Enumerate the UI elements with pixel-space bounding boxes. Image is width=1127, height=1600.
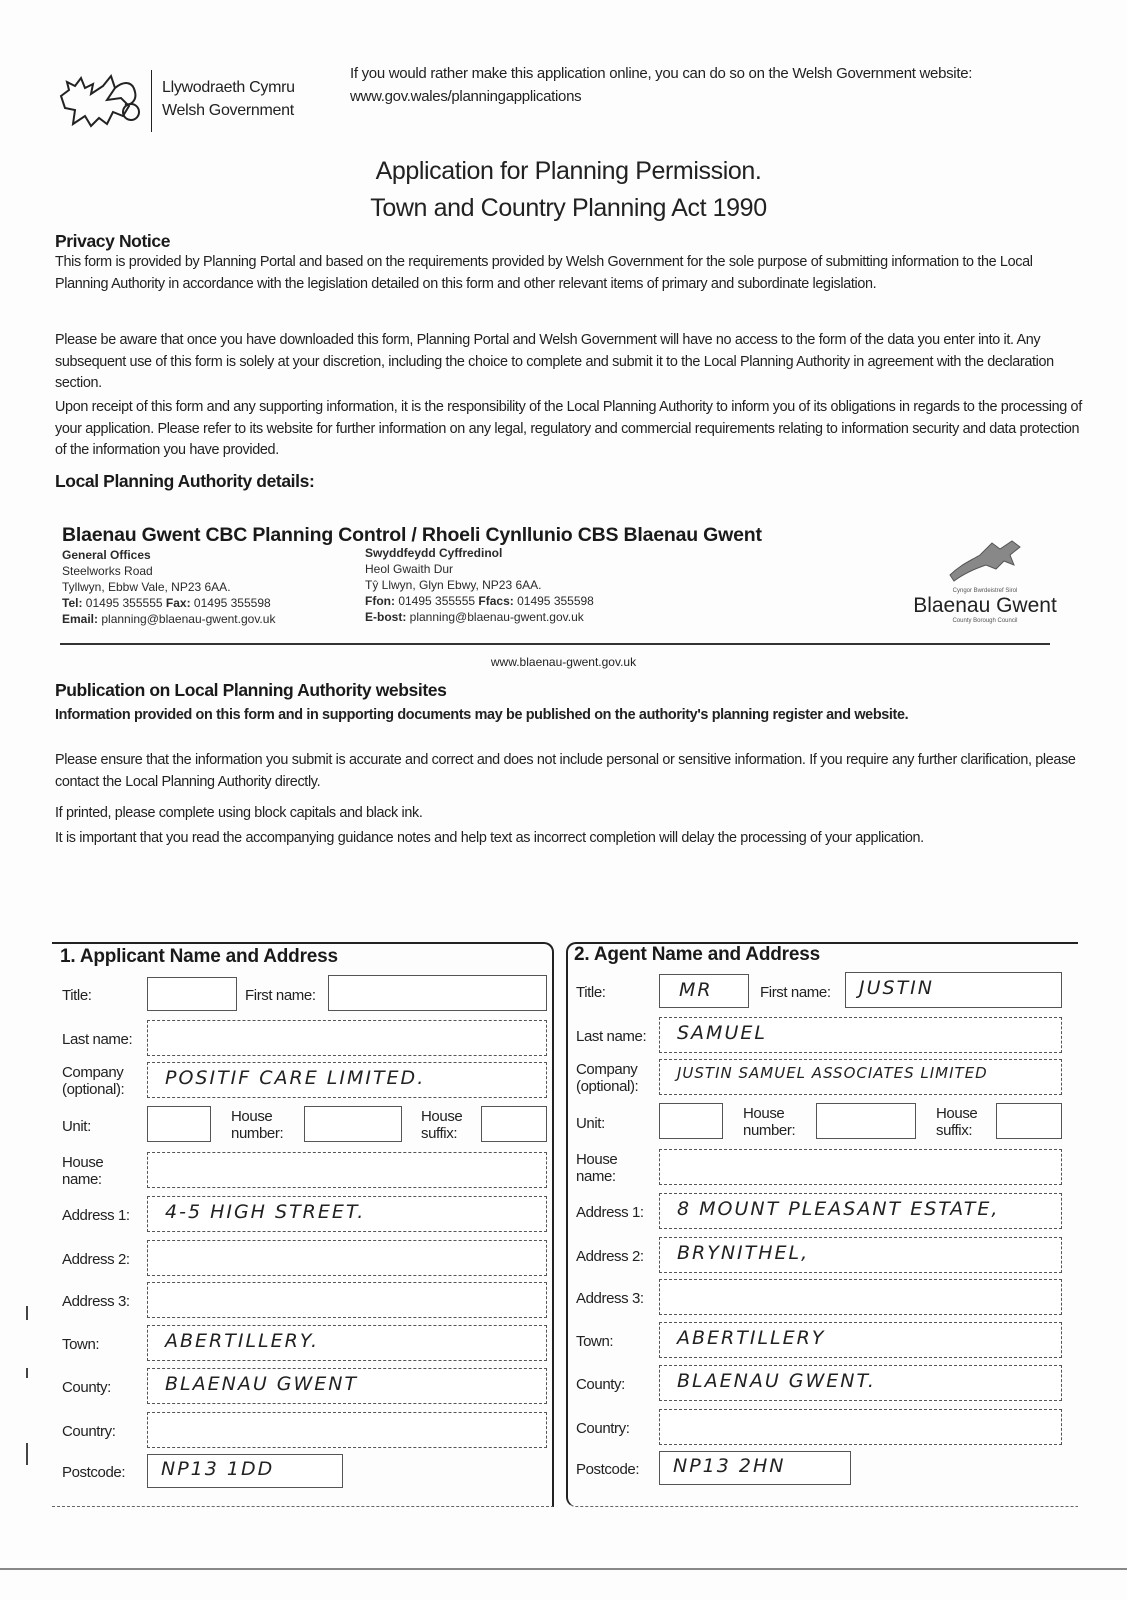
agent-first-name-value: JUSTIN bbox=[859, 977, 934, 999]
privacy-paragraph-1: This form is provided by Planning Portal… bbox=[55, 252, 1085, 295]
agent-title-value: MR bbox=[679, 979, 713, 1001]
applicant-country-field[interactable] bbox=[147, 1412, 547, 1448]
applicant-last-name-label: Last name: bbox=[62, 1031, 132, 1048]
applicant-last-name-field[interactable] bbox=[147, 1020, 547, 1056]
lpa-name: Blaenau Gwent CBC Planning Control / Rho… bbox=[62, 524, 762, 547]
applicant-first-name-label: First name: bbox=[245, 987, 316, 1004]
dragon-emblem-icon bbox=[940, 535, 1030, 583]
agent-house-suffix-label: Housesuffix: bbox=[936, 1105, 977, 1139]
privacy-heading: Privacy Notice bbox=[55, 231, 170, 252]
agent-country-label: Country: bbox=[576, 1420, 630, 1437]
agent-town-value: ABERTILLERY bbox=[677, 1327, 825, 1349]
english-address-line-2: Tyllwyn, Ebbw Vale, NP23 6AA. bbox=[62, 579, 275, 595]
welsh-government-name: Llywodraeth Cymru Welsh Government bbox=[162, 76, 295, 122]
logo-welsh-text: Llywodraeth Cymru bbox=[162, 76, 295, 99]
agent-unit-label: Unit: bbox=[576, 1115, 605, 1132]
welsh-address-line-2: Tŷ Llwyn, Glyn Ebwy, NP23 6AA. bbox=[365, 577, 594, 593]
english-fax: 01495 355598 bbox=[194, 596, 271, 610]
applicant-address3-field[interactable] bbox=[147, 1282, 547, 1318]
applicant-county-value: BLAENAU GWENT bbox=[165, 1373, 358, 1395]
publication-paragraph-2: If printed, please complete using block … bbox=[55, 803, 1085, 825]
english-office-title: General Offices bbox=[62, 547, 275, 563]
agent-postcode-value: NP13 2HN bbox=[673, 1455, 785, 1477]
agent-company-value: JUSTIN SAMUEL ASSOCIATES LIMITED bbox=[677, 1064, 988, 1082]
agent-unit-field[interactable] bbox=[659, 1103, 723, 1139]
welsh-address-line-1: Heol Gwaith Dur bbox=[365, 561, 594, 577]
online-application-note: If you would rather make this applicatio… bbox=[350, 62, 972, 108]
applicant-address2-field[interactable] bbox=[147, 1240, 547, 1276]
scan-margin-mark bbox=[26, 1306, 28, 1320]
english-email-line: Email: planning@blaenau-gwent.gov.uk bbox=[62, 611, 275, 627]
agent-house-name-label: Housename: bbox=[576, 1151, 617, 1185]
english-address-line-1: Steelworks Road bbox=[62, 563, 275, 579]
applicant-town-label: Town: bbox=[62, 1336, 99, 1353]
english-tel: 01495 355555 bbox=[86, 596, 163, 610]
logo-divider bbox=[151, 70, 152, 132]
applicant-unit-field[interactable] bbox=[147, 1106, 211, 1142]
agent-address2-label: Address 2: bbox=[576, 1248, 644, 1265]
agent-house-name-field[interactable] bbox=[659, 1149, 1062, 1185]
applicant-address3-label: Address 3: bbox=[62, 1293, 130, 1310]
agent-address3-label: Address 3: bbox=[576, 1290, 644, 1307]
welsh-email-line: E-bost: planning@blaenau-gwent.gov.uk bbox=[365, 609, 594, 625]
agent-address3-field[interactable] bbox=[659, 1279, 1062, 1315]
applicant-address1-value: 4-5 HIGH STREET. bbox=[165, 1201, 365, 1223]
agent-county-value: BLAENAU GWENT. bbox=[677, 1370, 876, 1392]
online-application-link[interactable]: www.gov.wales/planningapplications bbox=[350, 85, 972, 108]
welsh-fax: 01495 355598 bbox=[517, 594, 594, 608]
applicant-address1-label: Address 1: bbox=[62, 1207, 130, 1224]
lpa-english-address: General Offices Steelworks Road Tyllwyn,… bbox=[62, 547, 275, 627]
agent-company-label: Company(optional): bbox=[576, 1061, 638, 1095]
agent-first-name-label: First name: bbox=[760, 984, 831, 1001]
agent-house-number-label: Housenumber: bbox=[743, 1105, 795, 1139]
applicant-heading: 1. Applicant Name and Address bbox=[60, 946, 338, 968]
applicant-company-value: POSITIF CARE LIMITED. bbox=[165, 1067, 425, 1089]
lpa-website-link[interactable]: www.blaenau-gwent.gov.uk bbox=[0, 655, 1127, 669]
agent-last-name-label: Last name: bbox=[576, 1028, 646, 1045]
logo-bottom-text: County Borough Council bbox=[905, 618, 1065, 624]
agent-house-suffix-field[interactable] bbox=[996, 1103, 1062, 1139]
applicant-title-label: Title: bbox=[62, 987, 92, 1004]
applicant-unit-label: Unit: bbox=[62, 1118, 91, 1135]
agent-heading: 2. Agent Name and Address bbox=[574, 944, 820, 966]
privacy-paragraph-2: Please be aware that once you have downl… bbox=[55, 330, 1085, 395]
lpa-welsh-address: Swyddfeydd Cyffredinol Heol Gwaith Dur T… bbox=[365, 545, 594, 625]
blaenau-gwent-logo: Cyngor Bwrdeistref Sirol Blaenau Gwent C… bbox=[905, 535, 1065, 635]
applicant-address2-label: Address 2: bbox=[62, 1251, 130, 1268]
agent-country-field[interactable] bbox=[659, 1409, 1062, 1445]
applicant-house-number-field[interactable] bbox=[304, 1106, 402, 1142]
agent-last-name-value: SAMUEL bbox=[677, 1022, 767, 1044]
online-note-text: If you would rather make this applicatio… bbox=[350, 62, 972, 85]
applicant-first-name-field[interactable] bbox=[328, 975, 547, 1011]
agent-town-label: Town: bbox=[576, 1333, 613, 1350]
welsh-tel: 01495 355555 bbox=[398, 594, 475, 608]
applicant-house-suffix-field[interactable] bbox=[481, 1106, 547, 1142]
scan-margin-mark bbox=[26, 1368, 28, 1378]
welsh-phone-line: Ffon: 01495 355555 Ffacs: 01495 355598 bbox=[365, 593, 594, 609]
applicant-house-suffix-label: Housesuffix: bbox=[421, 1108, 462, 1142]
welsh-office-title: Swyddfeydd Cyffredinol bbox=[365, 545, 594, 561]
english-phone-line: Tel: 01495 355555 Fax: 01495 355598 bbox=[62, 595, 275, 611]
lpa-divider bbox=[60, 643, 1050, 645]
logo-english-text: Welsh Government bbox=[162, 99, 295, 122]
scan-margin-mark bbox=[26, 1443, 28, 1465]
title-line-2: Town and Country Planning Act 1990 bbox=[0, 190, 1127, 227]
publication-bold-note: Information provided on this form and in… bbox=[55, 705, 1035, 727]
agent-postcode-label: Postcode: bbox=[576, 1461, 639, 1478]
lpa-heading: Local Planning Authority details: bbox=[55, 471, 314, 492]
agent-house-number-field[interactable] bbox=[816, 1103, 916, 1139]
title-line-1: Application for Planning Permission. bbox=[0, 153, 1127, 190]
publication-paragraph-1: Please ensure that the information you s… bbox=[55, 750, 1085, 793]
applicant-county-label: County: bbox=[62, 1379, 111, 1396]
applicant-postcode-value: NP13 1DD bbox=[161, 1458, 274, 1480]
logo-name-text: Blaenau Gwent bbox=[905, 594, 1065, 618]
document-title: Application for Planning Permission. Tow… bbox=[0, 153, 1127, 227]
agent-address1-value: 8 MOUNT PLEASANT ESTATE, bbox=[677, 1198, 999, 1220]
applicant-town-value: ABERTILLERY. bbox=[165, 1330, 319, 1352]
applicant-house-name-label: Housename: bbox=[62, 1154, 103, 1188]
agent-address2-value: BRYNITHEL, bbox=[677, 1242, 809, 1264]
applicant-house-number-label: Housenumber: bbox=[231, 1108, 283, 1142]
publication-heading: Publication on Local Planning Authority … bbox=[55, 680, 446, 701]
applicant-company-label: Company(optional): bbox=[62, 1064, 124, 1098]
agent-address1-label: Address 1: bbox=[576, 1204, 644, 1221]
agent-title-label: Title: bbox=[576, 984, 606, 1001]
applicant-postcode-label: Postcode: bbox=[62, 1464, 125, 1481]
agent-county-label: County: bbox=[576, 1376, 625, 1393]
english-email-link[interactable]: planning@blaenau-gwent.gov.uk bbox=[101, 612, 275, 626]
applicant-title-field[interactable] bbox=[147, 977, 237, 1011]
welsh-email-link[interactable]: planning@blaenau-gwent.gov.uk bbox=[410, 610, 584, 624]
applicant-house-name-field[interactable] bbox=[147, 1152, 547, 1188]
privacy-paragraph-3: Upon receipt of this form and any suppor… bbox=[55, 397, 1085, 462]
applicant-country-label: Country: bbox=[62, 1423, 116, 1440]
page-bottom-rule bbox=[0, 1568, 1127, 1570]
welsh-dragon-logo-icon bbox=[55, 68, 143, 132]
publication-paragraph-3: It is important that you read the accomp… bbox=[55, 828, 1045, 850]
